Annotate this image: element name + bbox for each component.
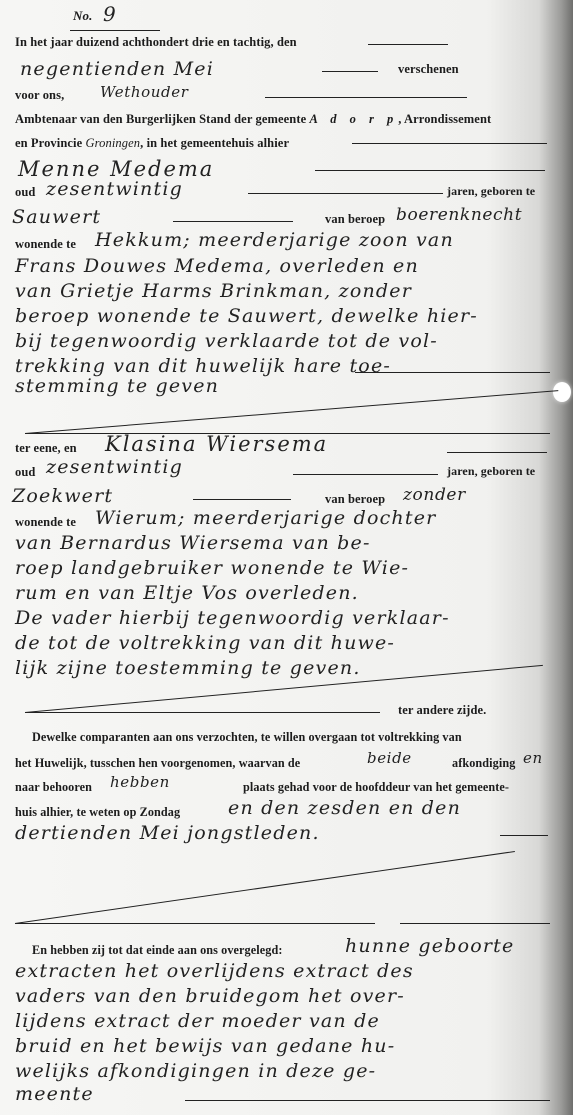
wonende-label-2: wonende te bbox=[15, 515, 76, 530]
oud-label: oud bbox=[15, 185, 35, 200]
verschenen-text: verschenen bbox=[398, 62, 459, 77]
arrondissement-label: , Arrondissement bbox=[398, 112, 491, 126]
documents-line-1: hunne geboorte bbox=[345, 935, 514, 957]
en-hebben-label: En hebben zij tot dat einde aan ons over… bbox=[32, 943, 283, 958]
bride-birthplace: Zoekwert bbox=[12, 485, 113, 507]
bride-occupation: zonder bbox=[403, 485, 466, 505]
provincie-label: en Provincie bbox=[15, 136, 82, 150]
voor-ons-text: voor ons, bbox=[15, 88, 64, 103]
beroep-label-2: van beroep bbox=[325, 492, 385, 507]
number-underline bbox=[70, 30, 160, 31]
fill-line bbox=[315, 170, 545, 171]
municipality-name: A d o r p bbox=[309, 112, 398, 126]
handwritten-beide: beide bbox=[367, 749, 412, 767]
gemeentehuis-label: , in het gemeentehuis alhier bbox=[140, 136, 289, 150]
groom-residence-line-3: van Grietje Harms Brinkman, zonder bbox=[15, 280, 412, 302]
groom-residence-line-2: Frans Douwes Medema, overleden en bbox=[15, 255, 419, 277]
handwritten-zondag-dates: en den zesden en den bbox=[228, 797, 461, 819]
jaren-label-2: jaren, geboren te bbox=[447, 464, 535, 479]
documents-line-7: meente bbox=[15, 1083, 94, 1105]
intro-text: In het jaar duizend achthondert drie en … bbox=[15, 35, 297, 50]
beroep-label: van beroep bbox=[325, 212, 385, 227]
bride-age: zesentwintig bbox=[46, 456, 183, 478]
fill-line bbox=[248, 193, 443, 194]
fill-line bbox=[355, 372, 550, 373]
bride-residence-line-4: rum en van Eltje Vos overleden. bbox=[15, 582, 359, 604]
dewelke-line-1: Dewelke comparanten aan ons verzochten, … bbox=[32, 730, 462, 745]
dewelke-line-2b: afkondiging bbox=[452, 756, 515, 771]
ambtenaar-label: Ambtenaar van den Burgerlijken Stand der… bbox=[15, 112, 306, 126]
closing-base-line-3b bbox=[400, 923, 550, 924]
ter-andere-label: ter andere zijde. bbox=[398, 703, 486, 718]
oud-label-2: oud bbox=[15, 465, 35, 480]
handwritten-official: Wethouder bbox=[100, 83, 189, 101]
documents-line-6: welijks afkondigingen in deze ge- bbox=[15, 1060, 376, 1082]
groom-age: zesentwintig bbox=[46, 178, 183, 200]
ambtenaar-text: Ambtenaar van den Burgerlijken Stand der… bbox=[15, 112, 491, 127]
groom-residence-line-1: Hekkum; meerderjarige zoon van bbox=[95, 229, 454, 251]
closing-base-line-2 bbox=[25, 712, 380, 713]
record-number-label: No. bbox=[73, 8, 92, 24]
fill-line bbox=[265, 97, 467, 98]
handwritten-date: negentienden Mei bbox=[20, 58, 214, 80]
groom-birthplace: Sauwert bbox=[12, 206, 101, 228]
bride-name: Klasina Wiersema bbox=[105, 432, 328, 456]
fill-line bbox=[185, 1100, 550, 1101]
groom-occupation: boerenknecht bbox=[396, 205, 522, 225]
groom-residence-line-5: bij tegenwoordig verklaarde tot de vol- bbox=[15, 330, 438, 352]
bride-residence-line-1: Wierum; meerderjarige dochter bbox=[95, 507, 436, 529]
handwritten-en: en bbox=[523, 749, 543, 767]
dewelke-line-4: huis alhier, te weten op Zondag bbox=[15, 805, 180, 820]
bride-residence-line-2: van Bernardus Wiersema van be- bbox=[15, 532, 371, 554]
dewelke-line-3a: naar behooren bbox=[15, 780, 92, 795]
dewelke-line-2a: het Huwelijk, tusschen hen voorgenomen, … bbox=[15, 756, 300, 771]
fill-line bbox=[500, 835, 548, 836]
fill-line bbox=[368, 44, 448, 45]
wonende-label: wonende te bbox=[15, 237, 76, 252]
documents-line-5: bruid en het bewijs van gedane hu- bbox=[15, 1035, 395, 1057]
closing-slant-line-3 bbox=[15, 851, 515, 924]
fill-line bbox=[293, 474, 438, 475]
handwritten-zondag-dates-2: dertienden Mei jongstleden. bbox=[15, 822, 320, 844]
province-name: Groningen bbox=[86, 136, 141, 150]
fill-line bbox=[322, 71, 378, 72]
provincie-text: en Provincie Groningen, in het gemeenteh… bbox=[15, 136, 289, 151]
documents-line-4: lijdens extract der moeder van de bbox=[15, 1010, 380, 1032]
bride-residence-line-6: de tot de voltrekking van dit huwe- bbox=[15, 632, 395, 654]
bride-residence-line-7: lijk zijne toestemming te geven. bbox=[15, 657, 361, 679]
groom-residence-line-7: stemming te geven bbox=[15, 375, 219, 397]
fill-line bbox=[173, 221, 293, 222]
record-number-value: 9 bbox=[103, 2, 116, 26]
documents-line-3: vaders van den bruidegom het over- bbox=[15, 985, 405, 1007]
groom-residence-line-6: trekking van dit huwelijk hare toe- bbox=[15, 355, 391, 377]
dewelke-line-3b: plaats gehad voor de hoofddeur van het g… bbox=[243, 780, 509, 795]
marriage-record-page: No. 9 In het jaar duizend achthondert dr… bbox=[0, 0, 573, 1115]
fill-line bbox=[352, 143, 547, 144]
bride-residence-line-5: De vader hierbij tegenwoordig verklaar- bbox=[15, 607, 450, 629]
bride-residence-line-3: roep landgebruiker wonende te Wie- bbox=[15, 557, 409, 579]
ter-eene-label: ter eene, en bbox=[15, 441, 77, 456]
groom-residence-line-4: beroep wonende te Sauwert, dewelke hier- bbox=[15, 305, 478, 327]
fill-line bbox=[193, 499, 291, 500]
handwritten-hebben: hebben bbox=[110, 773, 170, 791]
jaren-label: jaren, geboren te bbox=[447, 184, 535, 199]
punch-hole bbox=[553, 382, 571, 402]
documents-line-2: extracten het overlijdens extract des bbox=[15, 960, 414, 982]
closing-base-line-3 bbox=[15, 923, 375, 924]
fill-line bbox=[447, 452, 547, 453]
